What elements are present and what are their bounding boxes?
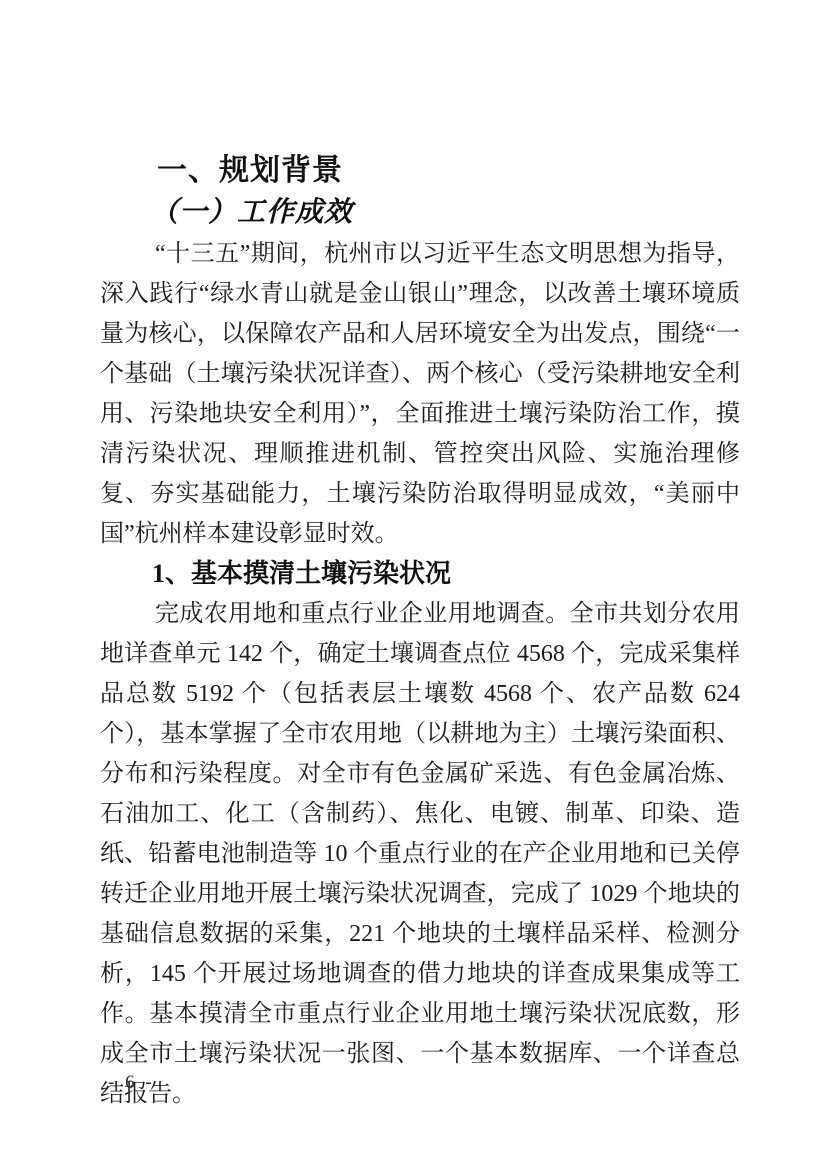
subsection-heading: （一）工作成效 — [100, 192, 740, 234]
page-number: - 6 - — [108, 1072, 155, 1094]
section-heading: 一、规划背景 — [100, 150, 740, 192]
paragraph-soil-survey: 完成农用地和重点行业企业用地调查。全市共划分农用地详查单元 142 个，确定土壤… — [100, 594, 740, 1114]
document-page: 一、规划背景 （一）工作成效 “十三五”期间，杭州市以习近平生态文明思想为指导，… — [0, 0, 826, 1169]
item-heading-soil-status: 1、基本摸清土壤污染状况 — [100, 554, 740, 594]
paragraph-work-achievements: “十三五”期间，杭州市以习近平生态文明思想为指导，深入践行“绿水青山就是金山银山… — [100, 234, 740, 554]
document-content: 一、规划背景 （一）工作成效 “十三五”期间，杭州市以习近平生态文明思想为指导，… — [100, 150, 740, 1114]
